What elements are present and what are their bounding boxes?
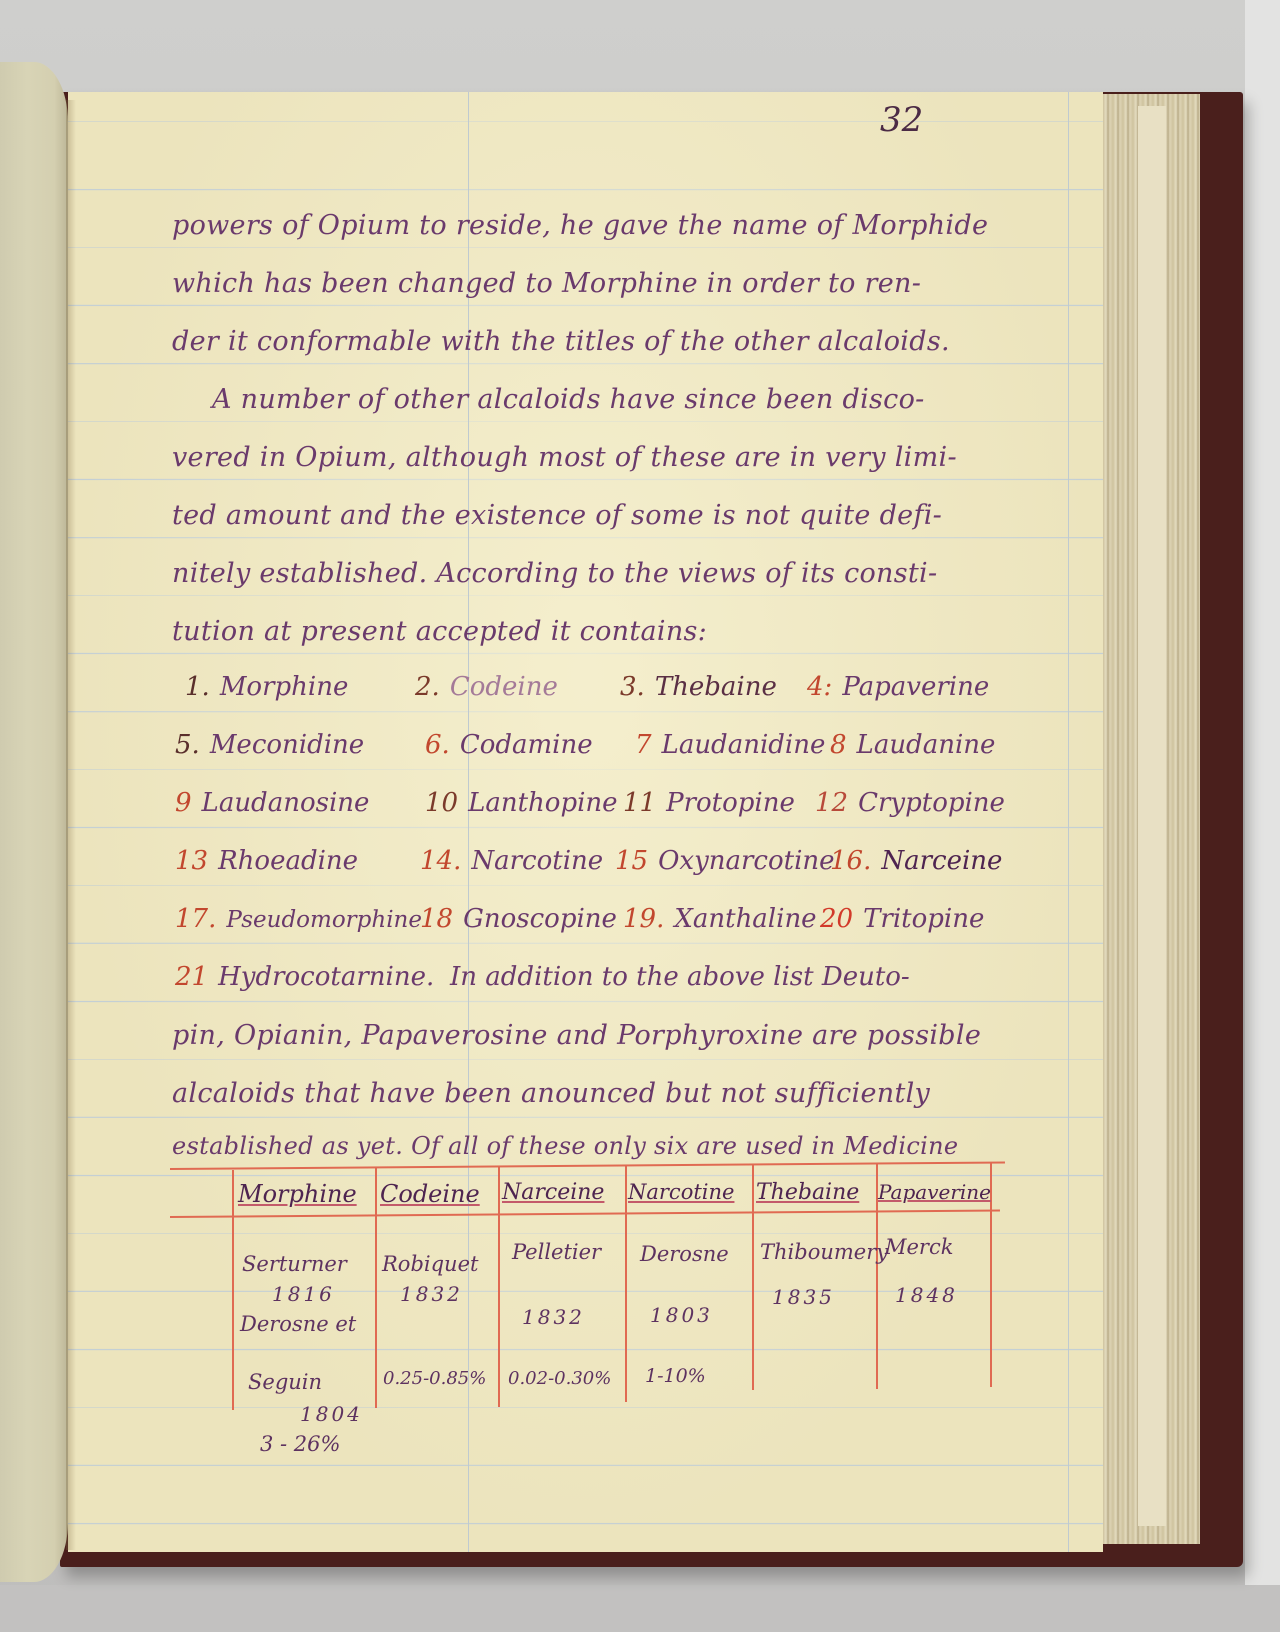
list-number: 12 xyxy=(815,788,848,818)
discovery-year: 1832 xyxy=(522,1305,585,1329)
background-right xyxy=(1245,0,1280,1632)
discoverer-secondary: Seguin xyxy=(248,1370,322,1394)
discoverer: Derosne xyxy=(640,1242,729,1266)
discoverer: Pelletier xyxy=(512,1240,601,1264)
alkaloid-list-row: 17.Pseudomorphine 18Gnoscopine 19.Xantha… xyxy=(175,904,1035,944)
list-number: 16. xyxy=(830,846,871,876)
list-item: 10Lanthopine xyxy=(425,788,618,818)
alkaloid-list-row: 21Hydrocotarnine. In addition to the abo… xyxy=(175,962,1035,1002)
list-item: 11Protopine xyxy=(623,788,795,818)
alkaloid-name: Oxynarcotine xyxy=(658,846,834,876)
list-item: 20Tritopine xyxy=(820,904,984,934)
alkaloid-name: Laudanosine xyxy=(202,788,370,818)
alkaloid-list-row: 9Laudanosine 10Lanthopine 11Protopine 12… xyxy=(175,788,1035,828)
text-line: powers of Opium to reside, he gave the n… xyxy=(172,210,988,241)
alkaloid-name: Xanthaline xyxy=(674,904,816,934)
alkaloid-name: Codeine xyxy=(450,672,558,702)
list-item: 8Laudanine xyxy=(830,730,995,760)
list-number: 15 xyxy=(615,846,648,876)
alkaloid-name: Papaverine xyxy=(842,672,989,702)
alkaloid-name: Cryptopine xyxy=(858,788,1005,818)
alkaloid-content: 0.02-0.30% xyxy=(508,1368,611,1389)
list-item: 7Laudanidine xyxy=(635,730,825,760)
text-line: nitely established. According to the vie… xyxy=(172,558,937,589)
alkaloid-content: 0.25-0.85% xyxy=(383,1368,486,1389)
column-rule xyxy=(498,1167,500,1407)
left-page-curl xyxy=(0,62,68,1582)
text-line: A number of other alcaloids have since b… xyxy=(212,384,925,415)
discoverer-secondary: Derosne et xyxy=(240,1312,356,1336)
page-stack-gap xyxy=(1138,106,1166,1526)
table-header-codeine: Codeine xyxy=(380,1180,480,1208)
list-number: 3. xyxy=(620,672,645,702)
list-item: 16.Narceine xyxy=(830,846,1002,876)
list-number: 9 xyxy=(175,788,192,818)
alkaloid-name: Thebaine xyxy=(655,672,777,702)
list-item: 14.Narcotine xyxy=(420,846,603,876)
alkaloid-name: Gnoscopine xyxy=(463,904,617,934)
discovery-year: 1816 xyxy=(272,1282,335,1306)
list-number: 19. xyxy=(623,904,664,934)
discoverer: Serturner xyxy=(242,1252,347,1276)
list-item: 3.Thebaine xyxy=(620,672,777,702)
alkaloid-name: Laudanidine xyxy=(662,730,826,760)
alkaloid-name: Morphine xyxy=(220,672,349,702)
list-number: 6. xyxy=(425,730,450,760)
alkaloid-name: Hydrocotarnine. xyxy=(218,962,434,992)
list-item: 19.Xanthaline xyxy=(623,904,817,934)
list-number: 14. xyxy=(420,846,461,876)
discovery-year: 1848 xyxy=(895,1283,958,1307)
alkaloid-name: Narceine xyxy=(881,846,1002,876)
alkaloid-name: Codamine xyxy=(460,730,593,760)
table-header-narcotine: Narcotine xyxy=(628,1180,734,1204)
table-header-thebaine: Thebaine xyxy=(756,1180,859,1205)
text-line: der it conformable with the titles of th… xyxy=(172,326,950,357)
discovery-year: 1804 xyxy=(300,1402,363,1426)
column-rule xyxy=(232,1170,234,1410)
column-rule xyxy=(752,1165,754,1390)
list-number: 8 xyxy=(830,730,847,760)
page-number: 32 xyxy=(880,100,923,140)
text-line: In addition to the above list Deuto- xyxy=(450,962,910,992)
list-number: 17. xyxy=(175,904,216,934)
list-item: 18Gnoscopine xyxy=(420,904,617,934)
list-number: 4: xyxy=(807,672,832,702)
list-number: 18 xyxy=(420,904,453,934)
text-line: pin, Opianin, Papaverosine and Porphyrox… xyxy=(172,1020,981,1051)
list-item: 15Oxynarcotine xyxy=(615,846,835,876)
list-number: 11 xyxy=(623,788,656,818)
list-item: 2.Codeine xyxy=(415,672,558,702)
alkaloid-name: Rhoeadine xyxy=(218,846,358,876)
list-number: 7 xyxy=(635,730,652,760)
alkaloid-name: Laudanine xyxy=(857,730,996,760)
column-rule xyxy=(625,1166,627,1402)
list-number: 1. xyxy=(185,672,210,702)
discoverer: Merck xyxy=(885,1235,953,1259)
text-line: established as yet. Of all of these only… xyxy=(172,1132,958,1160)
alkaloid-content: 3 - 26% xyxy=(260,1432,340,1456)
alkaloid-name: Narcotine xyxy=(471,846,603,876)
list-number: 2. xyxy=(415,672,440,702)
list-number: 10 xyxy=(425,788,458,818)
list-item: 5.Meconidine xyxy=(175,730,364,760)
page-stack-edges xyxy=(1100,94,1200,1544)
list-item: 9Laudanosine xyxy=(175,788,369,818)
list-item: 1.Morphine xyxy=(185,672,348,702)
text-line: vered in Opium, although most of these a… xyxy=(172,442,957,473)
list-number: 5. xyxy=(175,730,200,760)
text-line: which has been changed to Morphine in or… xyxy=(172,268,921,299)
discovery-year: 1832 xyxy=(400,1282,463,1306)
text-line: alcaloids that have been anounced but no… xyxy=(172,1078,930,1109)
alkaloid-name: Meconidine xyxy=(210,730,364,760)
alkaloid-name: Protopine xyxy=(666,788,795,818)
table-header-papaverine: Papaverine xyxy=(878,1180,991,1204)
discovery-year: 1803 xyxy=(650,1303,713,1327)
text-line: ted amount and the existence of some is … xyxy=(172,500,942,531)
alkaloid-name: Lanthopine xyxy=(468,788,617,818)
table-header-narceine: Narceine xyxy=(502,1180,604,1205)
list-item: 13Rhoeadine xyxy=(175,846,358,876)
alkaloid-list-row: 1.Morphine 2.Codeine 3.Thebaine 4:Papave… xyxy=(175,672,1035,712)
gutter-shadow xyxy=(66,100,76,1550)
alkaloid-name: Pseudomorphine xyxy=(226,907,422,933)
list-item: 17.Pseudomorphine xyxy=(175,904,422,934)
alkaloid-name: Tritopine xyxy=(863,904,984,934)
table-header-morphine: Morphine xyxy=(238,1180,357,1208)
text-line: tution at present accepted it contains: xyxy=(172,616,707,647)
list-number: 20 xyxy=(820,904,853,934)
discoverer: Thiboumery xyxy=(760,1240,888,1264)
background-bottom xyxy=(0,1585,1280,1632)
discoverer: Robiquet xyxy=(382,1252,478,1276)
alkaloid-list-row: 13Rhoeadine 14.Narcotine 15Oxynarcotine … xyxy=(175,846,1035,886)
discovery-year: 1835 xyxy=(772,1285,835,1309)
margin-rule xyxy=(1068,92,1069,1552)
alkaloid-list-row: 5.Meconidine 6.Codamine 7Laudanidine 8La… xyxy=(175,730,1035,770)
list-number: 21 xyxy=(175,962,208,992)
list-item: 6.Codamine xyxy=(425,730,593,760)
alkaloid-content: 1-10% xyxy=(645,1365,706,1387)
list-item: 21Hydrocotarnine. xyxy=(175,962,434,992)
list-item: 4:Papaverine xyxy=(807,672,989,702)
column-rule xyxy=(375,1168,377,1408)
list-number: 13 xyxy=(175,846,208,876)
list-item: 12Cryptopine xyxy=(815,788,1005,818)
